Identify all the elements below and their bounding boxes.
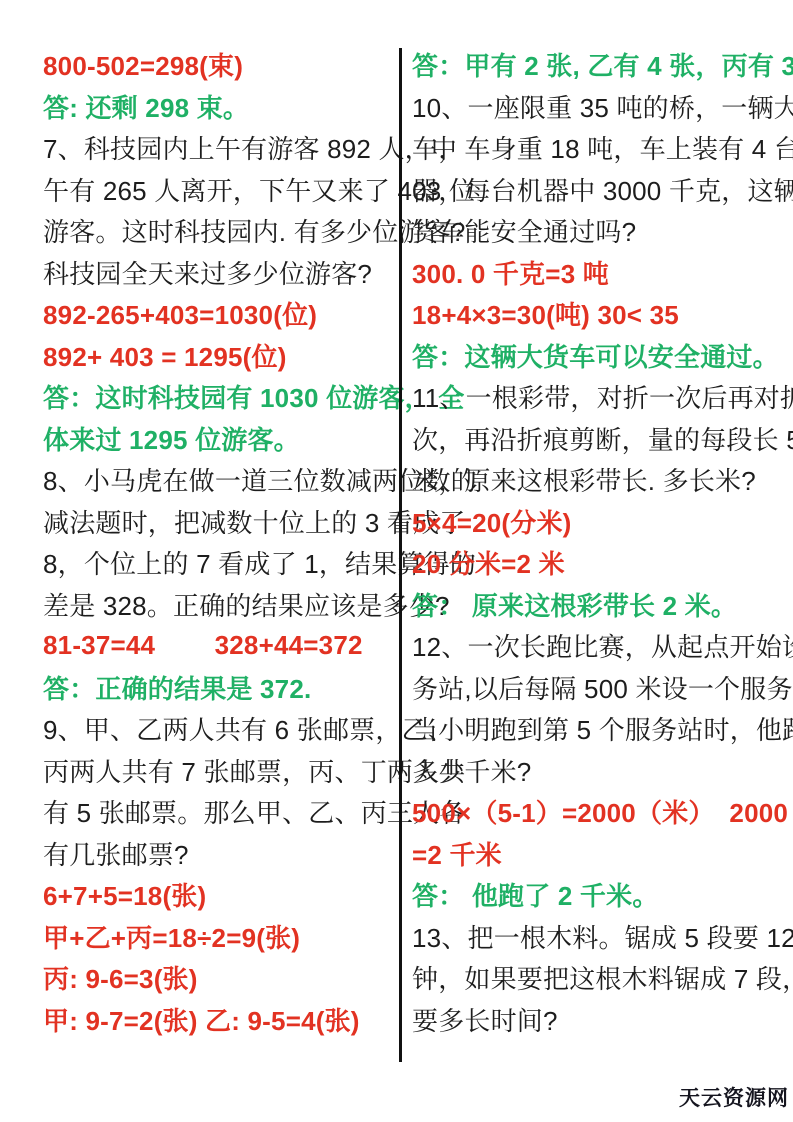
text-line: 12、一次长跑比赛，从起点开始设服 — [412, 625, 788, 667]
text-line: 务站,以后每隔 500 米设一个服务站。 — [412, 667, 788, 709]
text-line: 有几张邮票? — [43, 833, 395, 875]
text-line: 8，个位上的 7 看成了 1，结果算得的 — [43, 542, 395, 584]
text-line: 钟，如果要把这根木料锯成 7 段，需 — [412, 957, 788, 999]
text-line: 892+ 403 = 1295(位) — [43, 335, 395, 377]
text-line: 11、一根彩带，对折一次后再对折一 — [412, 376, 788, 418]
text-line: 10、一座限重 35 吨的桥，一辆大货 — [412, 86, 788, 128]
text-line: 科技园全天来过多少位游客? — [43, 252, 395, 294]
text-line: 体来过 1295 位游客。 — [43, 418, 395, 460]
text-line: 8、小马虎在做一道三位数减两位数的 — [43, 459, 395, 501]
text-line: 减法题时，把减数十位上的 3 看成了 — [43, 501, 395, 543]
text-line: 500×（5-1）=2000（米） 2000 米 — [412, 791, 788, 833]
text-line: 9、甲、乙两人共有 6 张邮票，乙、 — [43, 708, 395, 750]
text-line: 差是 328。正确的结果应该是多少? — [43, 584, 395, 626]
text-line: 答: 还剩 298 束。 — [43, 86, 395, 128]
text-line: 要多长时间? — [412, 999, 788, 1041]
text-line: 答： 他跑了 2 千米。 — [412, 874, 788, 916]
text-line: 米，原来这根彩带长. 多长米? — [412, 459, 788, 501]
watermark: 天云资源网 — [679, 1082, 789, 1112]
text-line: 有 5 张邮票。那么甲、乙、丙三人各 — [43, 791, 395, 833]
text-line: 游客。这时科技园内. 有多少位游客? — [43, 210, 395, 252]
column-divider — [399, 48, 402, 1062]
text-line: 6+7+5=18(张) — [43, 874, 395, 916]
text-line: 18+4×3=30(吨) 30< 35 — [412, 293, 788, 335]
text-line: 5×4=20(分米) — [412, 501, 788, 543]
text-line: 892-265+403=1030(位) — [43, 293, 395, 335]
text-line: 丙: 9-6=3(张) — [43, 957, 395, 999]
text-line: =2 千米 — [412, 833, 788, 875]
worksheet-page: 800-502=298(束)答: 还剩 298 束。7、科技园内上午有游客 89… — [0, 0, 793, 1122]
text-line: 答：这辆大货车可以安全通过。 — [412, 335, 788, 377]
text-line: 丙两人共有 7 张邮票，丙、丁两人共 — [43, 750, 395, 792]
text-line: 次，再沿折痕剪断，量的每段长 5 分 — [412, 418, 788, 460]
right-column: 答：甲有 2 张, 乙有 4 张，丙有 3 张。10、一座限重 35 吨的桥，一… — [412, 44, 788, 1040]
text-line: 13、把一根木料。锯成 5 段要 12 分 — [412, 916, 788, 958]
text-line: 甲+乙+丙=18÷2=9(张) — [43, 916, 395, 958]
text-line: 多少千米? — [412, 750, 788, 792]
text-line: 午有 265 人离开，下午又来了 403 位 — [43, 169, 395, 211]
text-line: 7、科技园内上午有游客 892 人，中 — [43, 127, 395, 169]
text-line: 81-37=44 328+44=372 — [43, 625, 395, 667]
text-line: 答：甲有 2 张, 乙有 4 张，丙有 3 张。 — [412, 44, 788, 86]
text-line: 车，车身重 18 吨，车上装有 4 台机 — [412, 127, 788, 169]
text-line: 800-502=298(束) — [43, 44, 395, 86]
text-line: 甲: 9-7=2(张) 乙: 9-5=4(张) — [43, 999, 395, 1041]
text-line: 20 分米=2 米 — [412, 542, 788, 584]
text-line: 300. 0 千克=3 吨 — [412, 252, 788, 294]
text-line: 答：正确的结果是 372. — [43, 667, 395, 709]
text-line: 答： 原来这根彩带长 2 米。 — [412, 584, 788, 626]
text-line: 答：这时科技园有 1030 位游客， 全 — [43, 376, 395, 418]
text-line: 当小明跑到第 5 个服务站时，他跑了 — [412, 708, 788, 750]
text-line: 器，每台机器中 3000 千克，这辆大 — [412, 169, 788, 211]
text-line: 货车能安全通过吗? — [412, 210, 788, 252]
left-column: 800-502=298(束)答: 还剩 298 束。7、科技园内上午有游客 89… — [43, 44, 395, 1040]
